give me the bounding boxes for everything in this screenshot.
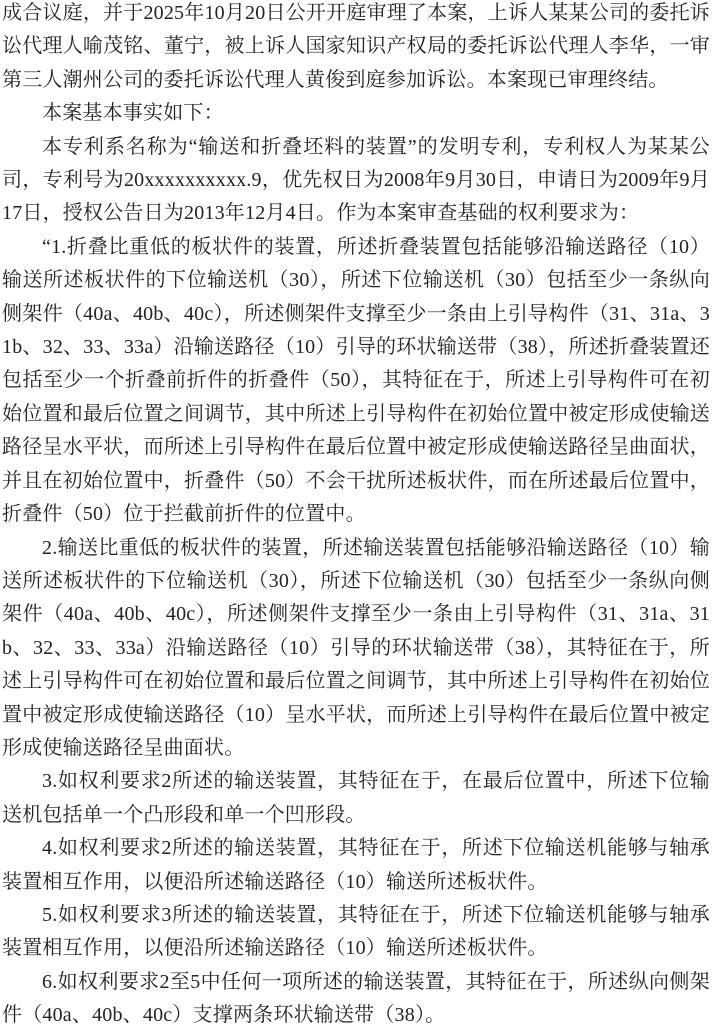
paragraph: 本专利系名称为“输送和折叠坯料的装置”的发明专利，专利权人为某某公司，专利号为2… (2, 131, 710, 231)
paragraph: 本案基本事实如下： (2, 97, 710, 130)
document-body: 成合议庭，并于2025年10月20日公开开庭审理了本案，上诉人某某公司的委托诉讼… (2, 0, 710, 1033)
paragraph: “1.折叠比重低的板状件的装置，所述折叠装置包括能够沿输送路径（10）输送所述板… (2, 231, 710, 532)
paragraph: 4.如权利要求2所述的输送装置，其特征在于，所述下位输送机能够与轴承装置相互作用… (2, 832, 710, 899)
paragraph: 成合议庭，并于2025年10月20日公开开庭审理了本案，上诉人某某公司的委托诉讼… (2, 0, 710, 97)
paragraph: 3.如权利要求2所述的输送装置，其特征在于，在最后位置中，所述下位输送机包括单一… (2, 765, 710, 832)
paragraph: 6.如权利要求2至5中任何一项所述的输送装置，其特征在于，所述纵向侧架件（40a… (2, 966, 710, 1033)
paragraph: 2.输送比重低的板状件的装置，所述输送装置包括能够沿输送路径（10）输送所述板状… (2, 532, 710, 766)
paragraph: 5.如权利要求3所述的输送装置，其特征在于，所述下位输送机能够与轴承装置相互作用… (2, 899, 710, 966)
document-page: 成合议庭，并于2025年10月20日公开开庭审理了本案，上诉人某某公司的委托诉讼… (0, 0, 714, 1033)
